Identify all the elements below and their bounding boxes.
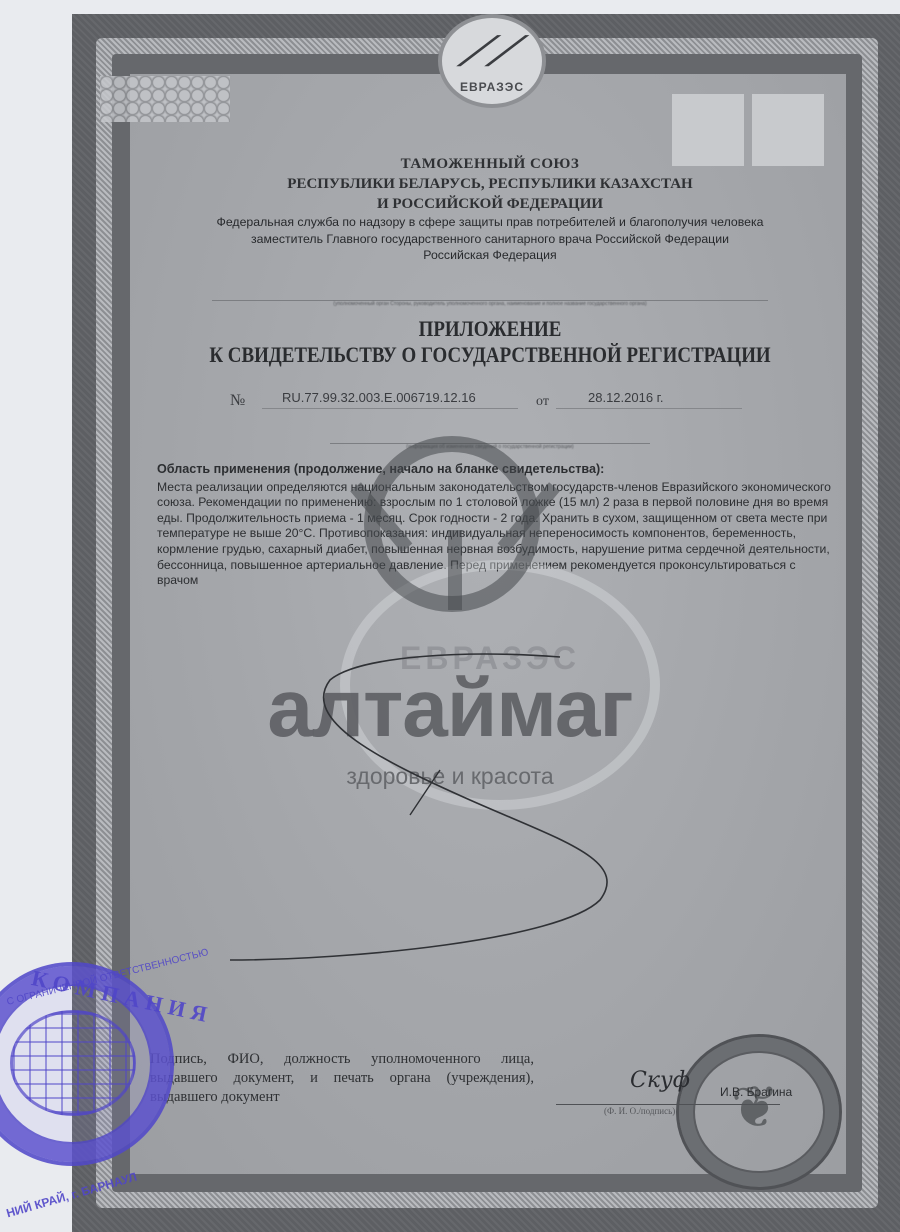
globe-icon xyxy=(10,1010,136,1116)
signature-line xyxy=(556,1104,780,1105)
signature-caption: Подпись, ФИО, должность уполномоченного … xyxy=(150,1050,534,1107)
fio-caption: (Ф. И. О./подпись) xyxy=(604,1106,675,1116)
eagle-emblem-icon: ❦ xyxy=(720,1070,790,1146)
signer-name: И.В. Брагина xyxy=(720,1085,792,1099)
signature-autograph: Скуф xyxy=(630,1068,690,1093)
